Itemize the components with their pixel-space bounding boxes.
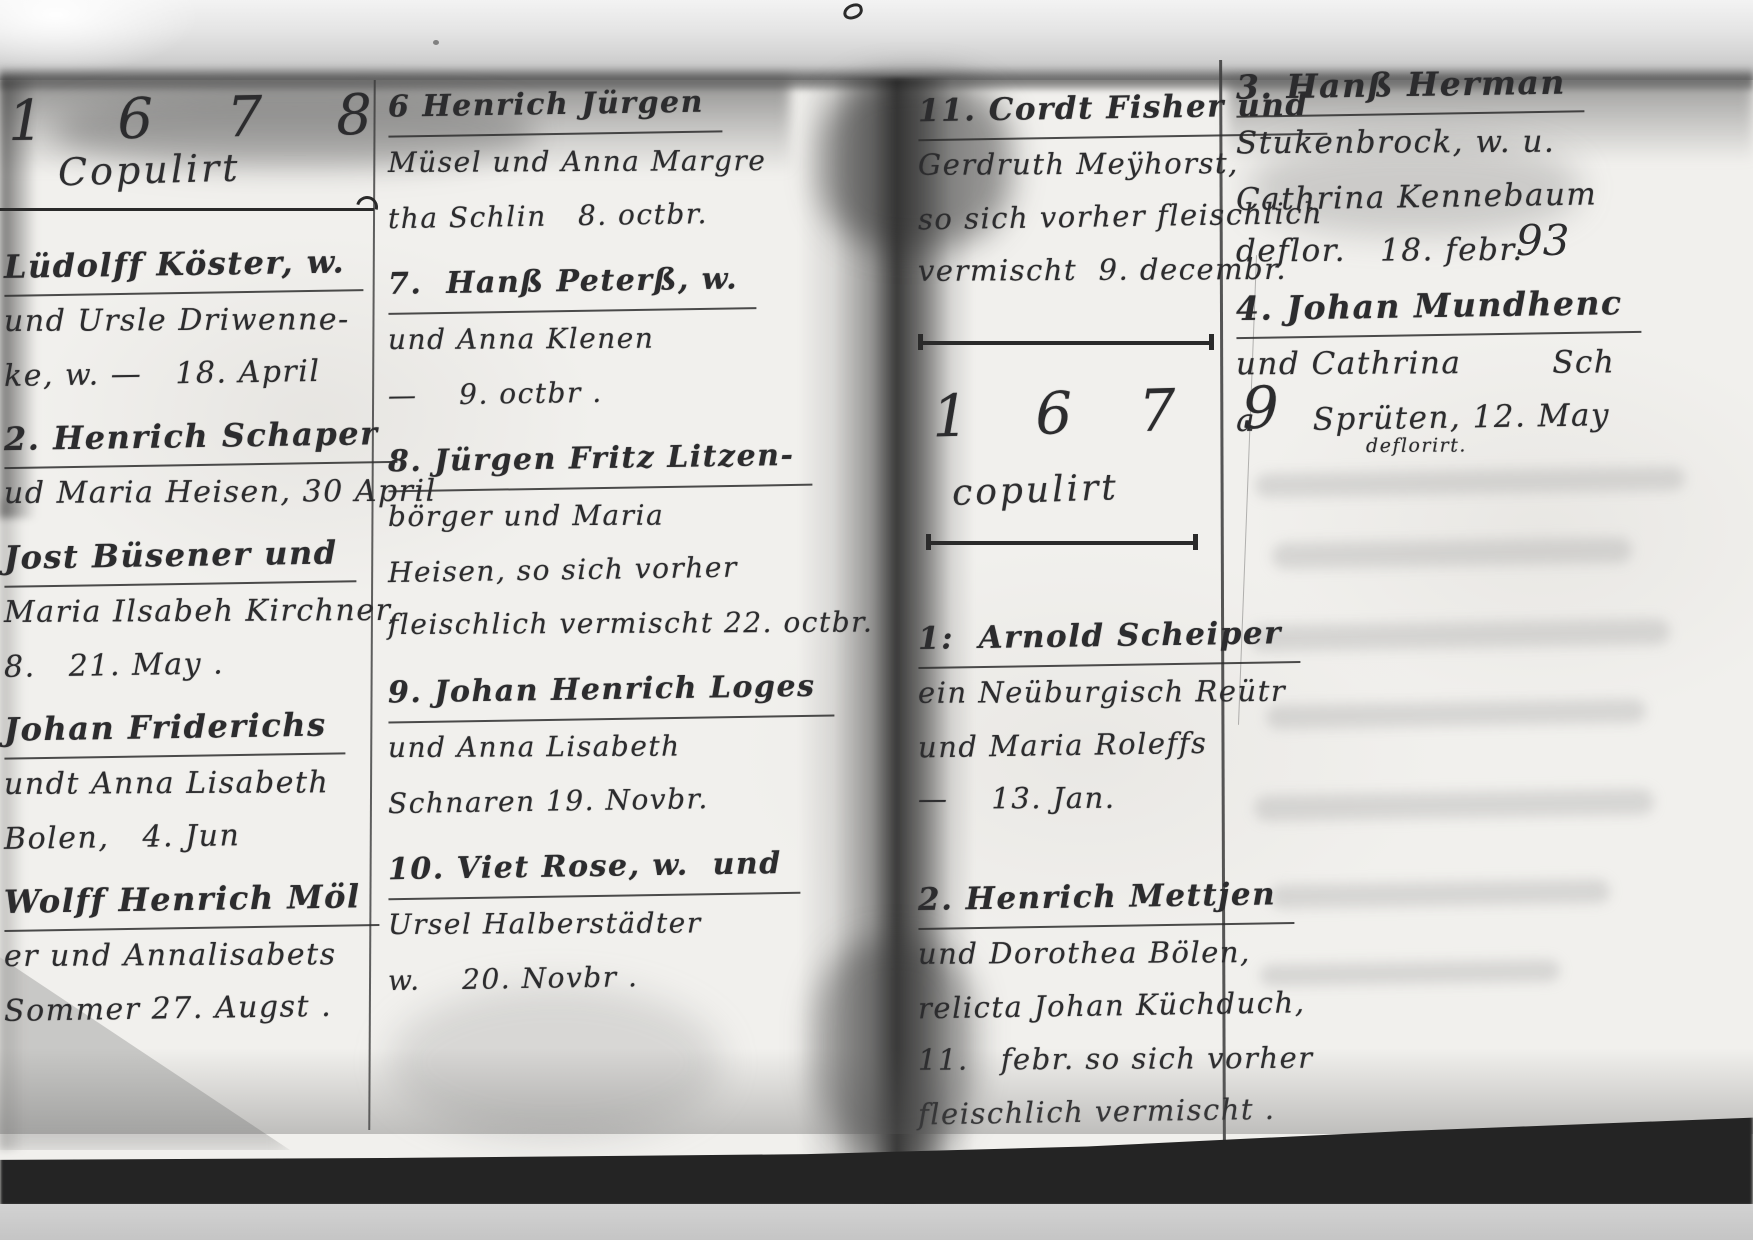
register-entry: 10. Viet Rose, w. undUrsel Halberstädter… [388, 840, 790, 1005]
bleedthrough-ghost [1266, 699, 1646, 730]
left-page-column-1: Lüdolff Köster, w.und Ursle Driwenne-ke,… [4, 238, 376, 1045]
entry-line: tha Schlin 8. octbr. [388, 186, 791, 246]
entry-line: ud Maria Heisen, 30 April [4, 465, 376, 520]
register-entry: Johan Friderichsundt Anna LisabethBolen,… [4, 701, 376, 863]
entry-line: 7. Hanß Peterß, w. [388, 252, 757, 315]
bleedthrough-ghost [1270, 879, 1610, 909]
entry-line: 3. Hanß Herman [1236, 55, 1585, 117]
entry-line: Sommer 27. Augst . [4, 979, 377, 1038]
scanned-register-spread: 1 6 7 8 Copulirt 1 6 7 9 copulirt 93 Lüd… [0, 0, 1753, 1240]
entry-line: so sich vorher fleischlich [918, 189, 1225, 247]
entry-line: börger und Maria [388, 488, 790, 544]
year-1678: 1 6 7 8 [7, 83, 372, 154]
copulirt-label-right: copulirt [951, 467, 1119, 514]
entry-line: 8. 21. May . [4, 635, 377, 694]
entry-line: Wolff Henrich Möl [4, 870, 380, 932]
left-page-column-2: 6 Henrich JürgenMüsel und Anna Margretha… [388, 78, 790, 1017]
bleedthrough-ghost [1250, 618, 1670, 651]
entry-line: vermischt 9. decembr. [918, 243, 1224, 298]
entry-line: 9. Johan Henrich Loges [388, 660, 834, 724]
register-entry: 7. Hanß Peterß, w.und Anna Klenen— 9. oc… [388, 255, 790, 420]
entry-line: — 9. octbr . [388, 363, 791, 423]
entry-line: 2. Henrich Mettjen [918, 868, 1295, 930]
entry-line: ein Neüburgisch Reütr [918, 665, 1224, 720]
entry-line: Schnaren 19. Novbr. [388, 771, 791, 831]
register-entry: 6 Henrich JürgenMüsel und Anna Margretha… [388, 78, 790, 243]
register-entry: 1: Arnold Scheiperein Neüburgisch Reütru… [918, 610, 1224, 825]
entry-line: 10. Viet Rose, w. und [388, 837, 801, 900]
entry-line: Ursel Halberstädter [388, 896, 790, 952]
ink-dot-mark [433, 40, 439, 45]
entry-line: Johan Friderichs [4, 698, 345, 759]
entry-line: undt Anna Lisabeth [4, 756, 376, 811]
entry-line: Lüdolff Köster, w. [4, 235, 364, 297]
entry-line: 2. Henrich Schaper [4, 407, 397, 469]
register-entry: 2. Henrich Mettjenund Dorothea Bölen,rel… [918, 871, 1224, 1139]
page-bottom-shadow [0, 1048, 1753, 1134]
register-entry: 9. Johan Henrich Logesund Anna LisabethS… [388, 663, 790, 828]
entry-line: Cathrina Kennebaum [1236, 165, 1753, 227]
right-page-column-1: 1: Arnold Scheiperein Neüburgisch Reütru… [918, 610, 1224, 1185]
entry-line: deflorirt. [1366, 431, 1753, 459]
entry-line: w. 20. Novbr . [388, 948, 791, 1008]
register-entry: Jost Büsener undMaria Ilsabeh Kirchner,8… [4, 529, 376, 691]
register-entry: Wolff Henrich Möler und AnnalisabetsSomm… [4, 873, 376, 1035]
right-page-column-2: 3. Hanß HermanStukenbrock, w. u.Cathrina… [1236, 58, 1753, 460]
entry-line: deflor. 18. febr. [1236, 222, 1753, 279]
entry-line: relicta Johan Küchduch, [918, 978, 1225, 1036]
bleedthrough-ghost [1260, 959, 1560, 986]
register-entry: 8. Jürgen Fritz Litzen-börger und MariaH… [388, 432, 790, 651]
entry-line: Maria Ilsabeh Kirchner, [4, 584, 376, 639]
bleedthrough-ghost [1255, 466, 1685, 498]
entry-line: und Cathrina Sch [1236, 335, 1753, 392]
entry-line: — 13. Jan. [918, 771, 1224, 826]
entry-line: 4. Johan Mundhenc [1236, 276, 1641, 339]
entry-line: Heisen, so sich vorher [388, 540, 791, 600]
entry-line: Stukenbrock, w. u. [1236, 114, 1753, 171]
entry-line: 11. febr. so sich vorher [918, 1032, 1224, 1087]
entry-line: fleischlich vermischt . [918, 1084, 1225, 1142]
register-entry: 3. Hanß HermanStukenbrock, w. u.Cathrina… [1236, 58, 1753, 277]
entry-line: und Ursle Driwenne- [4, 293, 376, 348]
bracket-rule-lower [928, 541, 1196, 545]
entry-line: Gerdruth Meÿhorst, [918, 137, 1224, 192]
ink-scribble-mark [841, 2, 864, 21]
register-entry: 11. Cordt Fisher undGerdruth Meÿhorst,so… [918, 82, 1224, 297]
entry-line: 1: Arnold Scheiper [918, 607, 1301, 669]
entry-line: er und Annalisabets [4, 928, 376, 983]
bleedthrough-ghost [1254, 789, 1654, 822]
entry-line: und Anna Klenen [388, 311, 790, 367]
entry-line: 8. Jürgen Fritz Litzen- [388, 429, 813, 493]
scanner-corner-glow [0, 0, 200, 75]
copulirt-label-left: Copulirt [57, 146, 241, 195]
register-entry: 2. Henrich Schaperud Maria Heisen, 30 Ap… [4, 410, 376, 519]
flourish-rule-left [0, 208, 374, 211]
entry-line: und Maria Roleffs [918, 717, 1225, 775]
entry-line: und Dorothea Bölen, [918, 926, 1224, 981]
register-entry: 4. Johan Mundhencund Cathrina Scha Sprüt… [1236, 279, 1753, 458]
entry-line: fleischlich vermischt 22. octbr. [388, 596, 790, 652]
entry-line: und Anna Lisabeth [388, 719, 790, 775]
entry-line: Müsel und Anna Margre [388, 134, 790, 190]
entry-line: Jost Büsener und [4, 526, 356, 588]
right-page-column-1-top: 11. Cordt Fisher undGerdruth Meÿhorst,so… [918, 82, 1224, 307]
bleedthrough-ghost [1272, 537, 1632, 569]
book-edge-dark-band [0, 1110, 1753, 1206]
entry-line: ke, w. — 18. April [4, 344, 377, 403]
entry-line: 6 Henrich Jürgen [388, 75, 723, 137]
entry-line: Bolen, 4. Jun [4, 807, 377, 866]
register-entry: Lüdolff Köster, w.und Ursle Driwenne-ke,… [4, 238, 376, 400]
year-1679: 1 6 7 9 [931, 373, 1280, 450]
scanner-bottom-band [0, 1204, 1753, 1240]
bracket-rule-upper [920, 341, 1212, 345]
